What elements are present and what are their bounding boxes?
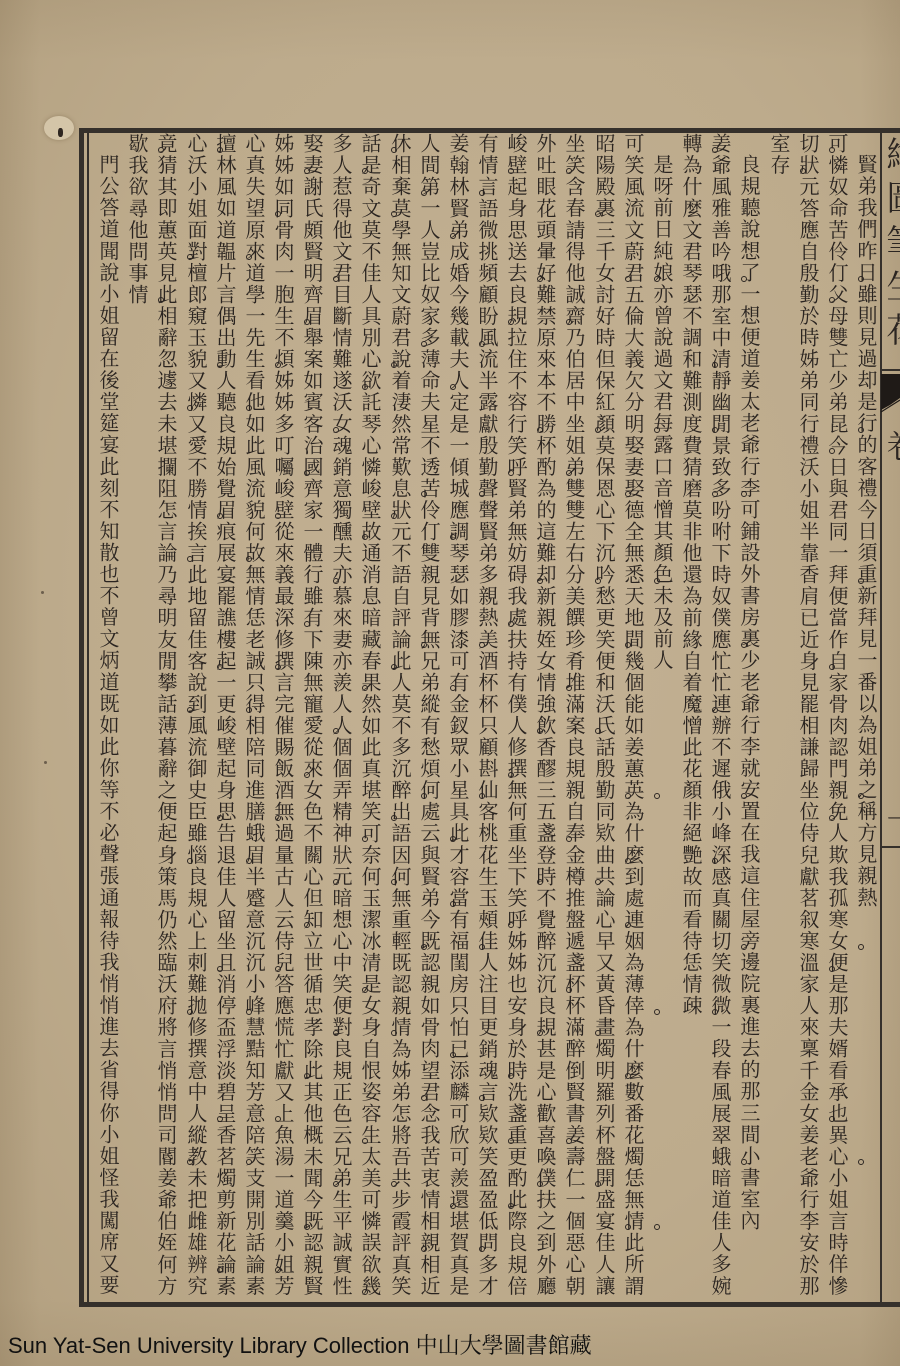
text-column-11: 坐笑含春。請得他誠齋乃伯居中坐。姐弟雙雙左右分。美饌珍肴堆滿案。良規親自奉金樽。… <box>560 133 588 1305</box>
text-column-3: 切。狀元答應自殷勤。於時姊弟同行禮。沃小姐半靠香肩已近身。見罷相謙歸坐位。侍兒獻… <box>794 133 822 1305</box>
frame-left-outer-border <box>79 128 84 1307</box>
collection-credit-english: Sun Yat-Sen University Library Collectio… <box>8 1333 409 1358</box>
text-column-23: 擅林風如道韞。片言偶出動人聽。良規始覺眉痕展。宴罷譙樓起一更。峻壁起身思告退。佳… <box>211 133 239 1305</box>
text-column-22: 心真失望。原來道學一先生。看他如此風流貌。何故無情恁老誠。只得相陪同進膳。蛾眉半… <box>240 133 268 1305</box>
paper-speck <box>44 761 47 764</box>
text-column-10: 昭陽殿裏三千女。討好時但保紅顏莫保恩。心下沉吟愁更笑。便和沃氏話殷勤。同欵曲。共… <box>590 133 618 1305</box>
folio-number: 一 <box>880 802 900 836</box>
text-column-2: 可憐奴命苦伶仃。父母雙亡少弟昆。今日與君同一拜。便當作自家骨肉認門親。免人欺我孤… <box>823 133 851 1305</box>
text-column-21: 姊姊。如同骨肉一胞生。不煩姊姊多叮囑。峻壁從來義最深。修撰言完催賜飯。酒無過量古… <box>269 133 297 1305</box>
text-column-5: 良規聽說想了一想便道姜太老爺行李可鋪設外書房裏少老爺行李就安置在我這住屋旁邊院裏… <box>735 154 763 1326</box>
paper-speck <box>41 591 44 594</box>
text-column-6: 姜爺風雅善吟哦。那室中清靜幽閒景致多。吩咐下時奴僕應。忙忙連辦不遲俄。小峰深感真… <box>706 133 734 1305</box>
text-column-12: 外吐。眼花頭暈好難禁。原來本不勝杯酌。為的這難却新親姪女情。強飲香醪三五盞。登時… <box>531 133 559 1305</box>
text-column-18: 話。是奇文。莫不佳人具別心。欲託琴心憐峻壁。故通消息暗藏春。果然如此真堪笑。可奈… <box>356 133 384 1305</box>
text-column-17: 休相棄。莫學無知文蔚君。說着淒然常歎息。狀元不語自評論。此人莫不多沉醉。出語因何… <box>386 133 414 1305</box>
text-column-25: 竟猜其即蕙英。見此相辭忽遽去。未堪攔阻怎言論。乃尋明友閒攀話。薄暮辭之便起身。策… <box>152 133 180 1305</box>
text-column-27: 門公答道聞說小姐留在後堂筵宴此刻不知散也不曾文炳道既如此你等不必聲張通報待我悄悄… <box>94 154 122 1326</box>
text-column-26: 歇。我欲尋他問事情。 <box>123 133 151 1305</box>
text-column-1: 賢弟我們昨日雖則見過却是行的客禮今日須重新拜見一番以為姐弟之稱方見親熱 <box>852 154 880 1326</box>
text-column-8: 是呀前日純娘亦曾說過文君每露口音憎其顏色未及前人 <box>648 154 676 1326</box>
frame-left-inner-border <box>87 133 89 1302</box>
text-column-13: 峻壁起身思送去。良規拉住不容行。笑呼賢弟無妨碍。我處扶持有僕人。修撰無何重坐下。… <box>502 133 530 1305</box>
text-column-16: 人間第一人。豈比奴家多薄命。夫星不透苦伶仃。雙親見背無兄弟。縱有愁煩何處云。與賢… <box>415 133 443 1305</box>
collection-credit: Sun Yat-Sen University Library Collectio… <box>8 1333 592 1359</box>
text-column-24: 心。沃小姐面對檀郎窺玉貌。又憐又愛不勝情。挨言此地留佳客。說到風流御史臣。雖惱良… <box>182 133 210 1305</box>
fishtail-ornament-icon <box>880 368 900 416</box>
text-column-7: 轉。為什麼文君琴瑟不調和。難測度。費猜磨。莫非他還為前緣自着魔。憎此花顏非絕艷。… <box>677 133 705 1305</box>
text-column-14: 有情。言語微挑頻顧盼。風流半露獻殷勤。聲聲賢弟多親熱。美酒杯杯只顧斟。仙客桃花生… <box>473 133 501 1305</box>
text-column-9: 可笑風流文蔚君。五倫大義欠分明。娶妻娶德全無悉。天地間幾個能如姜蕙英。為什麼到處… <box>619 133 647 1305</box>
collection-credit-chinese: 中山大學圖書館藏 <box>416 1333 592 1358</box>
binding-hole-mark <box>58 128 63 137</box>
juan-label: 卷 <box>880 428 900 462</box>
text-column-20: 娶妻謝氏頗賢明。齊眉舉案如賓客。治國齊家一體行。雖有下陳無寵愛。從來女色不關心。… <box>298 133 326 1305</box>
scanned-book-page: 繪圖筆生花 卷 一 賢弟我們昨日雖則見過却是行的客禮今日須重新拜見一番以為姐弟之… <box>0 0 900 1366</box>
text-column-19: 多人。惹得他文君目斷情難遂。沃女魂銷意獨醺。夫亦慕來妻亦羨。人人個個弄精神。狀元… <box>327 133 355 1305</box>
running-title: 繪圖筆生花 <box>880 136 900 356</box>
text-column-15: 姜翰林。賢弟成婚今幾載。夫人定是一傾城。應調琴瑟如膠漆。可有金釵眾小星。具此才容… <box>444 133 472 1305</box>
banxin-lower-rule <box>881 846 900 848</box>
text-column-4: 室存。 <box>765 133 793 1305</box>
